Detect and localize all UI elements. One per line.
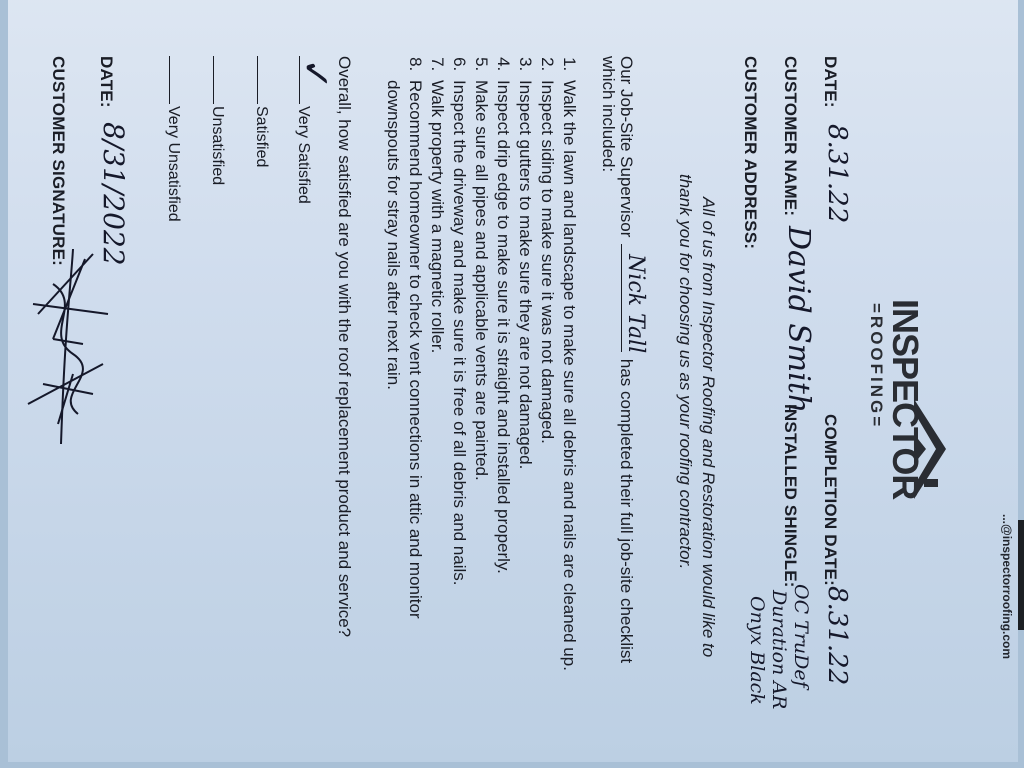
satisfaction-question: Overall, how satisfied are you with the … (334, 56, 354, 637)
checklist-item: Inspect gutters to make sure they are no… (514, 76, 536, 671)
option-blank[interactable] (257, 56, 258, 104)
checklist-item: Inspect siding to make sure it was not d… (536, 76, 558, 671)
supervisor-sentence-line-2: which included: (598, 56, 618, 172)
checklist-item: Walk property with a magnetic roller. (426, 76, 448, 671)
supervisor-signature: Nick Tall (623, 254, 648, 353)
check-mark-icon: ✓ (294, 58, 338, 90)
option-very-satisfied[interactable]: Very Satisfied ✓ (294, 56, 312, 204)
option-blank[interactable] (213, 56, 214, 104)
date-value: 8.31.22 (822, 124, 852, 223)
installed-shingle-line-3: Onyx Black (746, 596, 768, 705)
installed-shingle-line-1: OC TruDef (790, 584, 812, 688)
option-blank[interactable] (169, 56, 170, 104)
customer-name-label: CUSTOMER NAME: (780, 56, 800, 216)
thank-you-line-2: thank you for choosing us as your roofin… (675, 174, 695, 569)
option-very-unsatisfied[interactable]: Very Unsatisfied (164, 56, 182, 222)
completion-date-value: 8.31.22 (822, 586, 852, 685)
checklist-item: Recommend homeowner to check vent connec… (382, 76, 426, 640)
thank-you-line-1: All of us from Inspector Roofing and Res… (698, 197, 718, 657)
customer-signature-label: CUSTOMER SIGNATURE: (48, 56, 68, 266)
customer-address-label: CUSTOMER ADDRESS: (740, 56, 760, 249)
logo-word-roofing: =ROOFING= (866, 303, 886, 429)
company-email: ...@inspectorroofing.com (1000, 514, 1014, 659)
checklist-item: Walk the lawn and landscape to make sure… (558, 76, 580, 671)
job-completion-form: ...@inspectorroofing.com INSPECTOR =ROOF… (8, 0, 1018, 762)
logo-word-inspector: INSPECTOR (884, 299, 926, 499)
checklist-item: Inspect the driveway and make sure it is… (448, 76, 470, 671)
customer-signature (23, 244, 113, 454)
checklist-item: Inspect drip edge to make sure it is str… (492, 76, 514, 671)
footer-date-label: DATE: (96, 56, 116, 108)
option-satisfied[interactable]: Satisfied (252, 56, 270, 167)
checklist-item: Make sure all pipes and applicable vents… (470, 76, 492, 671)
date-label: DATE: (820, 56, 840, 108)
supervisor-signature-line: Nick Tall (621, 244, 640, 352)
customer-name-value: David Smith (781, 226, 816, 413)
company-logo: INSPECTOR =ROOFING= (868, 299, 948, 499)
installed-shingle-label: INSTALLED SHINGLE: (780, 404, 800, 588)
completion-date-label: COMPLETION DATE: (820, 414, 840, 586)
supervisor-sentence: Our Job-Site Supervisor Nick Tall has co… (616, 56, 640, 663)
job-site-checklist: Walk the lawn and landscape to make sure… (382, 56, 580, 671)
option-unsatisfied[interactable]: Unsatisfied (208, 56, 226, 185)
installed-shingle-line-2: Duration AR (768, 590, 790, 709)
